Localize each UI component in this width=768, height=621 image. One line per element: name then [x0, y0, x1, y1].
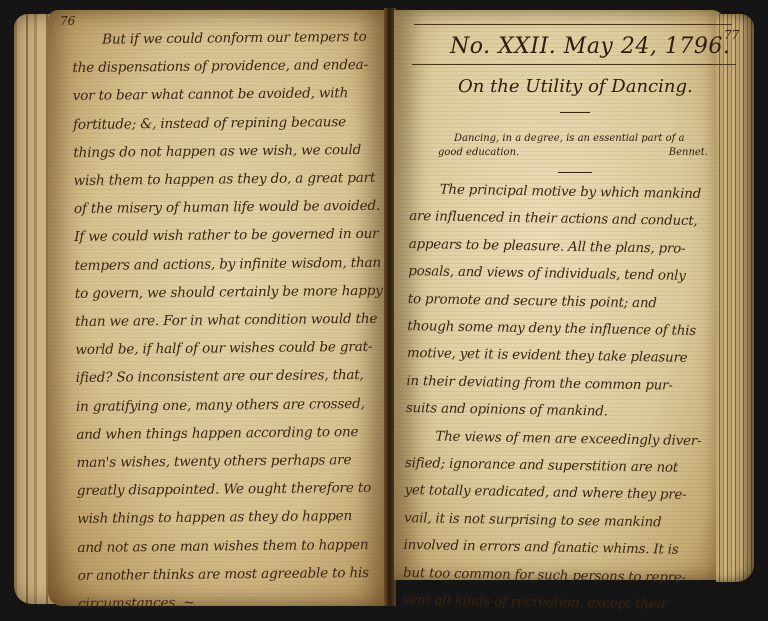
open-manuscript-book: 76 But if we could conform our tempers t… — [0, 0, 768, 621]
left-page-text: But if we could conform our tempers to t… — [72, 23, 390, 619]
epigraph: Dancing, in a degree, is an essential pa… — [438, 132, 708, 160]
text-line: of the misery of human life would be avo… — [74, 192, 386, 223]
text-line: fortitude; &, instead of repining becaus… — [73, 107, 385, 138]
text-line: or another thinks are most agreeable to … — [78, 559, 390, 590]
header-rule-top — [414, 24, 732, 25]
text-line: world be, if half of our wishes could be… — [75, 333, 387, 364]
text-line: than we are. For in what condition would… — [75, 305, 387, 336]
text-line: in gratifying one, many others are cross… — [76, 389, 388, 420]
text-line: ified? So inconsistent are our desires, … — [76, 361, 388, 392]
text-line: But if we could conform our tempers to — [72, 23, 384, 54]
epigraph-line: Dancing, in a degree, is an essential pa… — [438, 132, 708, 146]
right-page-text: The principal motive by which mankind ar… — [402, 176, 710, 620]
text-line: man's wishes, twenty others perhaps are — [76, 446, 388, 477]
text-line: If we could wish rather to be governed i… — [74, 220, 386, 251]
text-line: and not as one man wishes them to happen — [77, 530, 389, 561]
text-line: circumstances. ~ — [78, 587, 390, 618]
title-underline — [560, 112, 590, 113]
right-page-stack-edges — [716, 14, 754, 582]
epigraph-divider — [558, 172, 592, 173]
text-line: greatly disappointed. We ought therefore… — [77, 474, 389, 505]
essay-title: On the Utility of Dancing. — [458, 76, 693, 97]
header-rule-bottom — [412, 64, 736, 65]
text-line: and when things happen according to one — [76, 418, 388, 449]
text-line: sent all kinds of recreation, except the… — [402, 587, 702, 620]
text-line: the dispensations of providence, and end… — [72, 51, 384, 82]
text-line: wish things to happen as they do happen — [77, 502, 389, 533]
entry-heading: No. XXII. May 24, 1796. — [450, 34, 730, 59]
text-line: to govern, we should certainly be more h… — [75, 277, 387, 308]
text-line: vor to bear what cannot be avoided, with — [73, 79, 385, 110]
text-line: wish them to happen as they do, a great … — [73, 164, 385, 195]
text-line: tempers and actions, by infinite wisdom,… — [74, 248, 386, 279]
text-line: things do not happen as we wish, we coul… — [73, 136, 385, 167]
